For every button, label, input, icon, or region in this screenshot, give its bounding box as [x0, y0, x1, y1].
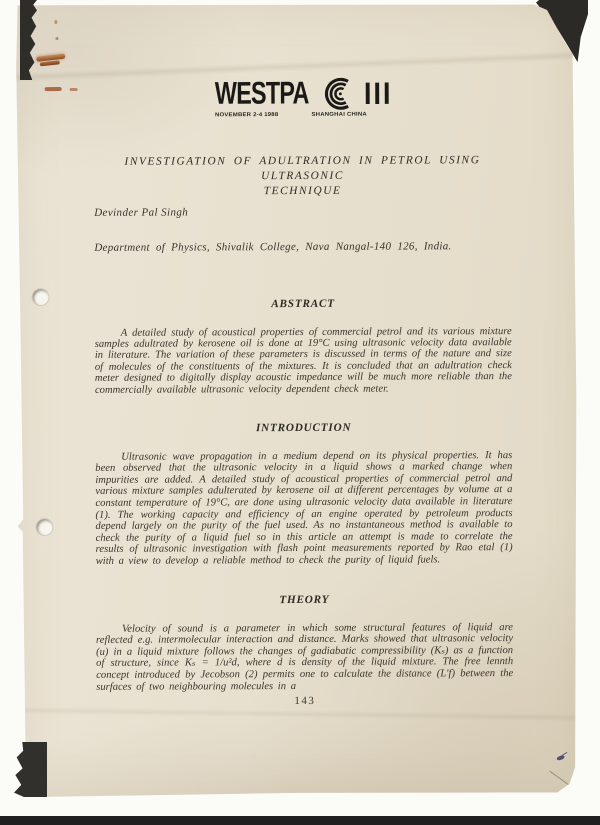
ink-mark [556, 755, 565, 761]
paper-title-line-1: INVESTIGATION OF ADULTRATION IN PETROL U… [94, 153, 511, 185]
staple [36, 52, 68, 68]
rust-speck [55, 37, 58, 40]
section-body-abstract: A detailed study of acoustical propertie… [95, 326, 512, 396]
logo-subtitle: NOVEMBER 2-4 1988 SHANGHAI CHINA [215, 112, 367, 118]
logo-text-iii: III [364, 78, 393, 109]
affiliation: Department of Physics, Shivalik College,… [94, 240, 511, 254]
conference-logo: WESTPA III NOVEMBER 2-4 1988 SHANGHAI CH… [215, 78, 393, 119]
section-body-introduction: Ultrasonic wave propagation in a medium … [95, 450, 513, 568]
section-body-theory: Velocity of sound is a parameter in whic… [96, 622, 513, 693]
punch-hole [33, 289, 49, 305]
rust-speck [54, 20, 57, 24]
author: Devinder Pal Singh [94, 205, 511, 219]
scanned-document: WESTPA III NOVEMBER 2-4 1988 SHANGHAI CH… [0, 0, 600, 825]
section-heading-abstract: ABSTRACT [95, 297, 512, 311]
page-number: 143 [96, 694, 513, 708]
paper-title-line-2: TECHNIQUE [94, 183, 511, 200]
paper-sheet: WESTPA III NOVEMBER 2-4 1988 SHANGHAI CH… [14, 3, 579, 797]
rust-mark [70, 88, 78, 91]
logo-date: NOVEMBER 2-4 1988 [215, 112, 278, 118]
logo-wordmark: WESTPA III [215, 78, 393, 111]
sonar-c-icon [323, 76, 359, 112]
punch-hole [37, 519, 53, 535]
logo-text-westpa: WESTPA [215, 78, 309, 110]
fold-crease [549, 771, 584, 796]
paper-title: INVESTIGATION OF ADULTRATION IN PETROL U… [94, 153, 511, 200]
rust-mark [45, 87, 62, 91]
logo-place: SHANGHAI CHINA [311, 112, 366, 118]
scan-edge-bottom-bar [0, 816, 600, 825]
scan-edge-artifact-bottom-left [14, 742, 47, 797]
section-heading-theory: THEORY [96, 593, 513, 607]
section-heading-introduction: INTRODUCTION [95, 421, 512, 435]
